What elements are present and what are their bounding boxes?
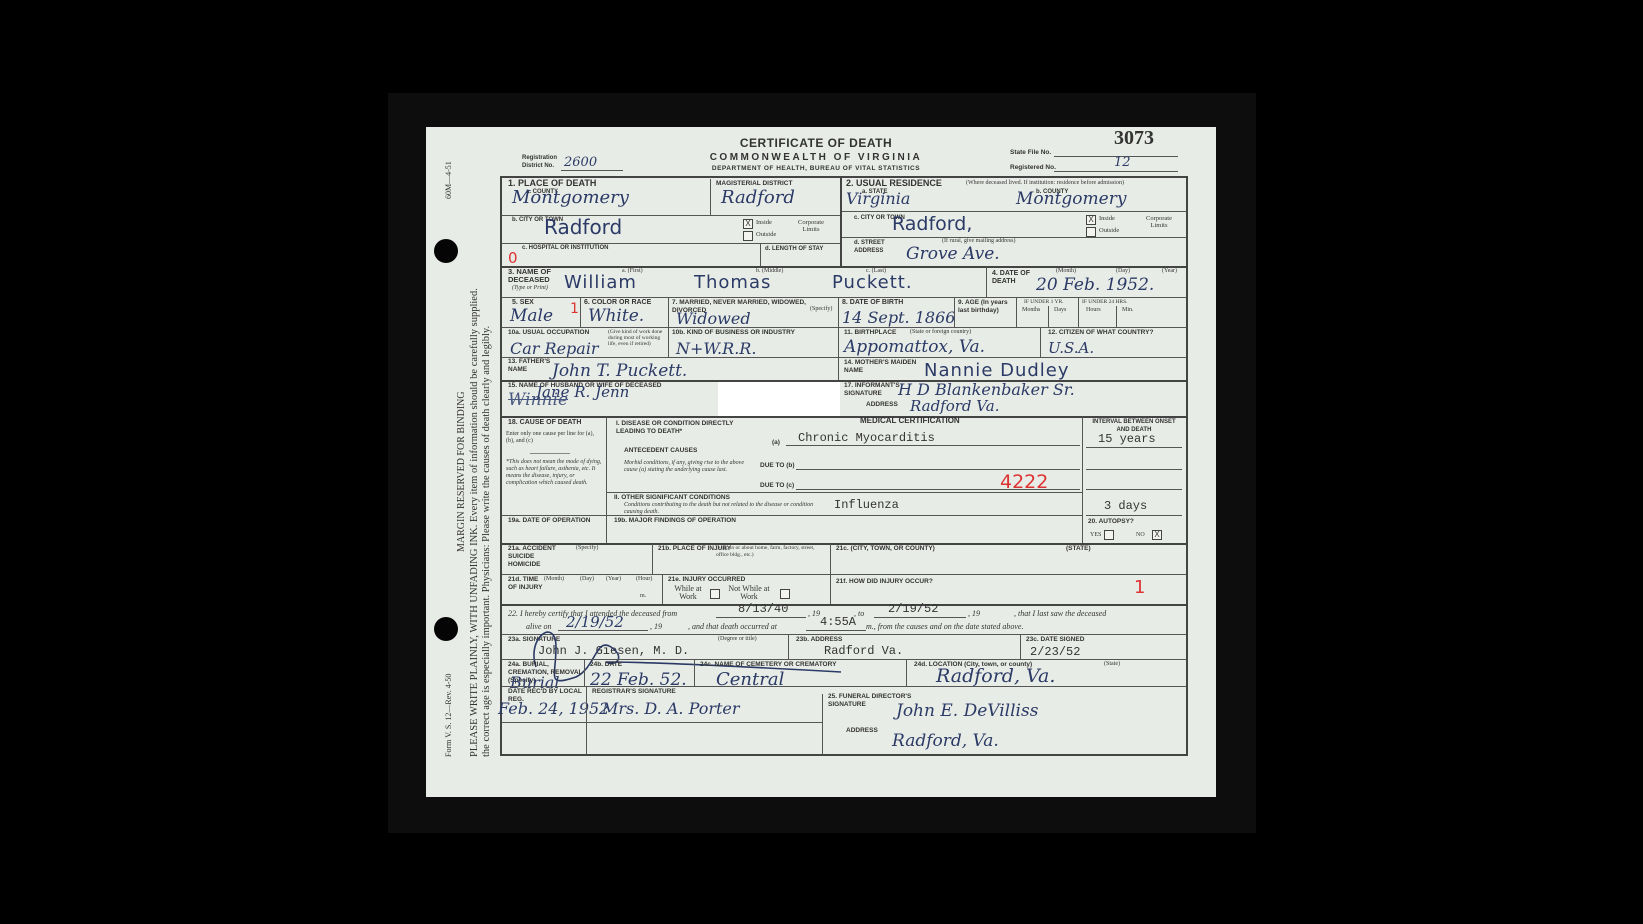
divider — [1016, 297, 1017, 327]
months-label: Months — [1022, 307, 1040, 314]
while-at-work-label: While at Work — [670, 585, 706, 601]
divider — [1020, 635, 1021, 659]
industry-value: N+W.R.R. — [676, 339, 756, 358]
age-label: 9. AGE (In years last birthday) — [958, 299, 1014, 315]
cause-note: Enter only one cause per line for (a), (… — [506, 431, 602, 445]
inside-label: Inside — [756, 219, 772, 226]
inside-checkbox[interactable]: X — [743, 219, 753, 229]
divider — [561, 170, 623, 171]
redaction-box — [718, 382, 840, 416]
autopsy-no-label: NO — [1136, 532, 1145, 539]
autopsy-yes-label: YES — [1090, 532, 1101, 539]
day-label: (Day) — [1116, 268, 1130, 275]
place-of-death-label: 1. PLACE OF DEATH — [508, 179, 596, 187]
interval-other: 3 days — [1104, 499, 1147, 513]
hospital-red-mark: 0 — [508, 249, 518, 267]
under-24hrs-label: IF UNDER 24 HRS. — [1082, 299, 1128, 306]
certificate-title: CERTIFICATE OF DEATH — [676, 136, 956, 150]
operation-findings-label: 19b. MAJOR FINDINGS OF OPERATION — [614, 517, 736, 525]
father-label: 13. FATHER'S NAME — [508, 358, 558, 374]
instruction-line-1: PLEASE WRITE PLAINLY, WITH UNFADING INK.… — [469, 288, 480, 757]
antecedent-label: ANTECEDENT CAUSES — [624, 447, 697, 455]
registration-district-no: 2600 — [564, 155, 597, 170]
dob-label: 8. DATE OF BIRTH — [842, 299, 903, 307]
residence-street: Grove Ave. — [906, 244, 1000, 264]
divider — [500, 176, 1188, 178]
divider — [710, 179, 711, 215]
registration-label: Registration — [522, 154, 557, 162]
deceased-middle-name: Thomas — [694, 272, 771, 293]
cert-text-1d: , 19 — [968, 610, 980, 617]
specify-label: (Specify) — [576, 545, 598, 552]
divider — [500, 176, 502, 756]
hospital-label: c. HOSPITAL OR INSTITUTION — [522, 244, 608, 252]
registered-label: Registered No. — [1010, 164, 1056, 172]
informant-label: 17. INFORMANT'S SIGNATURE — [844, 382, 904, 398]
registrar-signature: Mrs. D. A. Porter — [602, 699, 740, 718]
divider — [1086, 515, 1182, 516]
form-id: Form V. S. 12—Rev. 4-50 — [444, 674, 453, 757]
divider — [796, 489, 1080, 490]
part2-note: Conditions contributing to the death but… — [624, 502, 824, 516]
not-while-at-work-label: Not While at Work — [724, 585, 774, 601]
date-signed-label: 23c. DATE SIGNED — [1026, 636, 1084, 644]
length-of-stay-label: d. LENGTH OF STAY — [765, 245, 835, 253]
time-hour-label: (Hour) — [636, 576, 652, 583]
funeral-address: Radford, Va. — [892, 731, 999, 751]
other-condition: Influenza — [834, 498, 899, 512]
divider — [1040, 327, 1041, 357]
residence-outside-label: Outside — [1099, 227, 1119, 234]
divider — [502, 357, 1186, 358]
autopsy-yes-checkbox[interactable] — [1104, 530, 1114, 540]
certificate-subtitle: COMMONWEALTH OF VIRGINIA — [676, 152, 956, 163]
divider — [606, 492, 1082, 493]
residence-county: Montgomery — [1016, 189, 1126, 209]
divider — [1186, 176, 1188, 756]
state-file-label: State File No. — [1010, 149, 1051, 157]
divider — [502, 416, 1186, 418]
injury-state-label: (STATE) — [1066, 545, 1091, 553]
time-of-injury-label: 21d. TIME OF INJURY — [508, 576, 548, 592]
month-label: (Month) — [1056, 268, 1076, 275]
divider — [502, 659, 1186, 660]
registrar-label: REGISTRAR'S SIGNATURE — [592, 688, 676, 696]
divider — [502, 574, 1186, 575]
registered-no: 12 — [1114, 155, 1131, 170]
divider — [502, 604, 1186, 606]
divider — [760, 243, 761, 266]
mother-maiden-name: Nannie Dudley — [924, 360, 1070, 381]
divider — [586, 687, 587, 755]
mother-label: 14. MOTHER'S MAIDEN NAME — [844, 359, 934, 375]
certificate-number: 3073 — [1114, 127, 1154, 150]
street-label: d. STREET ADDRESS — [854, 239, 894, 255]
department-name: DEPARTMENT OF HEALTH, BUREAU OF VITAL ST… — [676, 165, 956, 172]
residence-outside-checkbox[interactable] — [1086, 227, 1096, 237]
instruction-line-2: the correct age is especially important.… — [481, 326, 492, 757]
deceased-last-name: Puckett. — [832, 272, 913, 293]
date-of-birth: 14 Sept. 1866 — [842, 308, 955, 327]
spouse-name: Jane R. Jenn — [536, 383, 629, 401]
divider — [1078, 297, 1079, 327]
injury-city-label: 21c. (CITY, TOWN, OR COUNTY) — [836, 545, 935, 553]
address-label: 23b. ADDRESS — [796, 636, 842, 644]
hours-label: Hours — [1086, 307, 1101, 314]
divider — [606, 417, 607, 543]
usual-residence-label: 2. USUAL RESIDENCE — [846, 179, 942, 187]
binding-hole — [434, 617, 458, 641]
how-injury-label: 21f. HOW DID INJURY OCCUR? — [836, 578, 933, 586]
industry-label: 10b. KIND OF BUSINESS OR INDUSTRY — [672, 329, 822, 337]
location-state-label: (State) — [1104, 661, 1120, 668]
cert-text-1e: , that I last saw the deceased — [1014, 610, 1106, 617]
marital-value: Widowed — [676, 309, 751, 328]
cause-of-death-label: 18. CAUSE OF DEATH — [508, 419, 581, 427]
cemetery-label: 24c. NAME OF CEMETERY OR CREMATORY — [700, 661, 836, 669]
cert-text-2d: m., from the causes and on the date stat… — [866, 623, 1023, 630]
residence-city: Radford, — [892, 213, 972, 235]
place-of-injury-note: (e. g., in or about home, farm, factory,… — [716, 545, 826, 559]
interval-a: 15 years — [1098, 432, 1156, 446]
divider — [584, 660, 585, 686]
part2-label: II. OTHER SIGNIFICANT CONDITIONS — [614, 494, 730, 502]
birthplace-label: 11. BIRTHPLACE — [844, 329, 896, 337]
divider — [502, 297, 1186, 298]
informant-address: Radford Va. — [910, 397, 999, 415]
residence-state: Virginia — [846, 189, 910, 208]
burial-location: Radford, Va. — [936, 665, 1055, 687]
birthplace-note: (State or foreign country) — [910, 329, 971, 336]
funeral-director-signature: John E. DeVilliss — [896, 701, 1038, 721]
divider — [822, 694, 823, 755]
divider — [662, 575, 663, 604]
place-city: Radford — [544, 215, 622, 239]
citizen-value: U.S.A. — [1048, 339, 1094, 357]
under-1yr-label: IF UNDER 1 YR. — [1024, 299, 1064, 306]
burial-date-label: 24b. DATE — [590, 661, 622, 669]
divider — [1086, 469, 1182, 470]
name-note: (Type or Print) — [512, 285, 548, 292]
time-month-label: (Month) — [544, 576, 564, 583]
citizen-label: 12. CITIZEN OF WHAT COUNTRY? — [1048, 329, 1168, 337]
divider — [652, 544, 653, 574]
informant-address-label: ADDRESS — [866, 401, 898, 409]
binding-margin-label: MARGIN RESERVED FOR BINDING — [456, 391, 467, 552]
divider — [502, 686, 1186, 687]
corporate-limits-label: Corporate Limits — [791, 219, 831, 233]
autopsy-no-checkbox[interactable]: X — [1152, 530, 1162, 540]
autopsy-label: 20. AUTOPSY? — [1088, 518, 1134, 526]
divider — [796, 469, 1080, 470]
not-while-at-work-checkbox[interactable] — [780, 589, 790, 599]
divider — [530, 453, 570, 454]
year-label: (Year) — [1162, 268, 1177, 275]
divider — [1086, 447, 1182, 448]
deceased-first-name: William — [564, 272, 637, 293]
divider — [1048, 306, 1049, 327]
residence-inside-checkbox[interactable]: X — [1086, 215, 1096, 225]
sex-red-mark: 1 — [570, 301, 579, 317]
attended-to: 2/19/52 — [888, 602, 938, 616]
min-label: Min. — [1122, 307, 1134, 314]
residence-inside-label: Inside — [1099, 215, 1115, 222]
funeral-address-label: ADDRESS — [846, 727, 878, 735]
father-name: John T. Puckett. — [552, 361, 687, 381]
divider — [954, 297, 955, 327]
divider — [840, 176, 842, 266]
cause-a: Chronic Myocarditis — [798, 431, 935, 445]
death-certificate: Form V. S. 12—Rev. 4-50 60M—4-51 MARGIN … — [426, 127, 1216, 797]
outside-checkbox[interactable] — [743, 231, 753, 241]
binding-hole — [434, 239, 458, 263]
divider — [1054, 171, 1178, 172]
print-code: 60M—4-51 — [444, 161, 453, 199]
divider — [842, 211, 1186, 212]
place-county: Montgomery — [512, 187, 629, 208]
divider — [786, 445, 1080, 446]
usual-residence-note: (Where deceased lived. If institution: r… — [966, 180, 1124, 187]
burial-date: 22 Feb. 52. — [590, 670, 687, 690]
days-label: Days — [1054, 307, 1066, 314]
injury-occurred-label: 21e. INJURY OCCURRED — [668, 576, 745, 584]
divider — [1116, 306, 1117, 327]
time-m-label: m. — [640, 593, 646, 600]
divider — [788, 635, 789, 659]
part1-label: I. DISEASE OR CONDITION DIRECTLY LEADING… — [616, 420, 756, 436]
divider — [500, 754, 1188, 756]
operation-date-label: 19a. DATE OF OPERATION — [508, 517, 600, 525]
date-signed: 2/23/52 — [1030, 645, 1080, 659]
race-value: White. — [588, 306, 644, 326]
date-of-death-label: 4. DATE OF DEATH — [992, 270, 1032, 286]
time-day-label: (Day) — [580, 576, 594, 583]
marital-specify: (Specify) — [810, 306, 832, 313]
divider — [502, 515, 1082, 516]
asterisk-note: *This does not mean the mode of dying, s… — [506, 459, 602, 487]
date-received: Feb. 24, 1952 — [498, 699, 609, 718]
divider — [502, 327, 1186, 328]
sex-value: Male — [510, 306, 553, 326]
divider — [500, 266, 1188, 268]
due-to-c-label: DUE TO (c) — [760, 482, 794, 490]
divider — [694, 660, 695, 686]
accident-label: 21a. ACCIDENT SUICIDE HOMICIDE — [508, 545, 568, 569]
residence-corporate-limits: Corporate Limits — [1138, 215, 1180, 229]
cause-a-label: (a) — [772, 439, 780, 447]
divider — [986, 267, 987, 297]
divider — [906, 660, 907, 686]
time-year-label: (Year) — [606, 576, 621, 583]
date-of-death: 20 Feb. 1952. — [1036, 275, 1154, 295]
divider — [1086, 489, 1182, 490]
injury-red-mark: 1 — [1134, 577, 1145, 598]
physician-address: Radford Va. — [824, 644, 903, 658]
medical-certification-title: MEDICAL CERTIFICATION — [860, 417, 960, 425]
occupation-value: Car Repair — [510, 339, 599, 358]
divider — [580, 297, 581, 327]
divider — [1082, 417, 1083, 543]
divider — [502, 722, 822, 723]
morbid-note: Morbid conditions, if any, giving rise t… — [624, 460, 756, 474]
magisterial-district: Radford — [721, 187, 795, 208]
district-label: District No. — [522, 162, 554, 170]
while-at-work-checkbox[interactable] — [710, 589, 720, 599]
due-to-b-label: DUE TO (b) — [760, 462, 795, 470]
birthplace-value: Appomattox, Va. — [844, 337, 985, 357]
outside-label: Outside — [756, 231, 776, 238]
divider — [838, 297, 839, 327]
divider — [874, 617, 966, 618]
